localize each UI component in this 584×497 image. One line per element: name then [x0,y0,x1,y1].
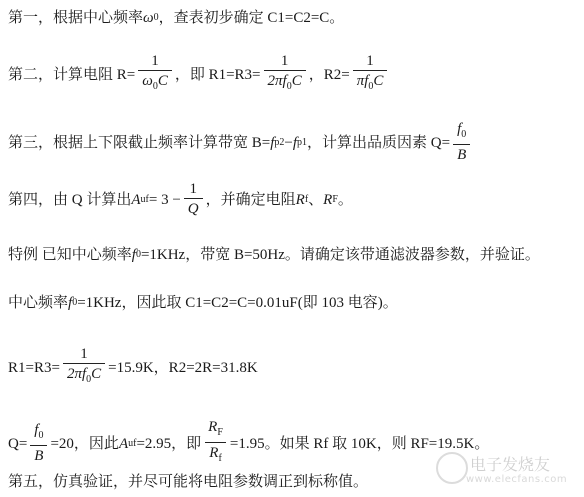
example-prefix: 特例 已知中心频率 [8,245,132,265]
step4-line: 第四，由 Q 计算出 Auf = 3 − 1 Q ，并确定电阻 Rf 、 RF … [8,180,353,219]
fraction-rf-ratio: RF Rf [204,418,227,469]
fraction-numerator: f0 [30,421,47,445]
step5-text: 第五，仿真验证，并尽可能将电阻参数调正到标称值。 [8,472,368,492]
subscript: uf [128,434,136,454]
fraction-r1r3: 1 2πf0C [264,52,306,97]
fraction-numerator: 1 [362,52,378,70]
fraction-numerator: 1 [147,52,163,70]
subscript: p2 [274,133,284,153]
center-suffix: =1KHz，因此取 C1=C2=C=0.01uF(即 103 电容)。 [77,293,398,313]
fraction-numerator: RF [204,418,227,442]
qcalc-mid1: =20，因此 [50,434,118,454]
step4-prefix: 第四，由 Q 计算出 [8,190,131,210]
step2-mid: ，即 R1=R3= [175,65,261,85]
capacitor-symbol: C [158,73,168,89]
step3-mid: ，计算出品质因素 Q= [307,133,450,153]
omega-symbol: ω [143,8,154,28]
watermark-text: 电子发烧友 [470,452,550,475]
subscript: 0 [38,430,43,441]
step2-prefix: 第二，计算电阻 R= [8,65,135,85]
subscript: f [218,453,221,464]
equals-text: = 3 − [149,190,181,210]
step3-prefix: 第三，根据上下限截止频率计算带宽 B= [8,133,270,153]
center-prefix: 中心频率 [8,293,68,313]
subscript: p1 [297,133,307,153]
qcalc-suffix: =1.95。如果 Rf 取 10K，则 RF=19.5K。 [230,434,489,454]
step1-line: 第一，根据中心频率 ω0 ，查表初步确定 C1=C2=C。 [8,8,344,28]
fraction-q: f0 B [30,421,47,466]
subscript: 0 [461,129,466,140]
qcalc-prefix: Q= [8,434,27,454]
step1-suffix: ，查表初步确定 C1=C2=C。 [159,8,345,28]
step2-line: 第二，计算电阻 R= 1 ω0C ，即 R1=R3= 1 2πf0C ，R2= … [8,52,390,97]
fraction-denominator: Q [184,198,203,219]
fraction-denominator: 2πf0C [264,70,306,97]
omega-symbol: ω [142,73,153,89]
capacitor-symbol: C [373,73,383,89]
fraction-r: 1 ω0C [138,52,172,97]
minus-sign: − [284,133,292,153]
step5-line: 第五，仿真验证，并尽可能将电阻参数调正到标称值。 [8,472,368,492]
fraction-numerator: 1 [277,52,293,70]
two-pi: 2π [67,366,82,382]
subscript: uf [141,190,149,210]
example-line: 特例 已知中心频率 f0 =1KHz，带宽 B=50Hz。请确定该带通滤波器参数… [8,245,540,265]
resistors-suffix: =15.9K，R2=2R=31.8K [108,358,258,378]
qcalc-mid2: =2.95，即 [136,434,201,454]
r-symbol: R [323,190,332,210]
fraction-denominator: ω0C [138,70,172,97]
step2-mid2: ，R2= [309,65,350,85]
fraction-q: f0 B [453,120,470,165]
step3-line: 第三，根据上下限截止频率计算带宽 B= fp2 − fp1 ，计算出品质因素 Q… [8,120,473,165]
resistors-line: R1=R3= 1 2πf0C =15.9K，R2=2R=31.8K [8,345,258,390]
fraction-denominator: πf0C [353,70,388,97]
example-suffix: =1KHz，带宽 B=50Hz。请确定该带通滤波器参数，并验证。 [141,245,540,265]
fraction-numerator: 1 [185,180,201,198]
watermark-logo-icon [436,452,468,484]
capacitor-symbol: C [292,73,302,89]
watermark: 电子发烧友 www.elecfans.com [436,452,581,492]
fraction-numerator: f0 [453,120,470,144]
separator: 、 [308,190,323,210]
step4-mid: ，并确定电阻 [206,190,296,210]
fraction-denominator: Rf [205,442,226,469]
fraction-one-over-q: 1 Q [184,180,203,219]
fraction-r2: 1 πf0C [353,52,388,97]
period: 。 [338,190,353,210]
a-symbol: A [131,190,140,210]
a-symbol: A [119,434,128,454]
fraction-denominator: 2πf0C [63,363,105,390]
fraction-r1r3: 1 2πf0C [63,345,105,390]
resistors-prefix: R1=R3= [8,358,60,378]
subscript: F [217,427,223,438]
qcalc-line: Q= f0 B =20，因此 Auf =2.95，即 RF Rf =1.95。如… [8,418,489,469]
fraction-denominator: B [30,445,47,466]
capacitor-symbol: C [91,366,101,382]
center-line: 中心频率 f0 =1KHz，因此取 C1=C2=C=0.01uF(即 103 电… [8,293,398,313]
r-symbol: R [296,190,305,210]
step1-prefix: 第一，根据中心频率 [8,8,143,28]
fraction-denominator: B [453,144,470,165]
fraction-numerator: 1 [76,345,92,363]
r-symbol: R [208,419,217,435]
two-pi: 2π [268,73,283,89]
watermark-url: www.elecfans.com [466,474,567,485]
